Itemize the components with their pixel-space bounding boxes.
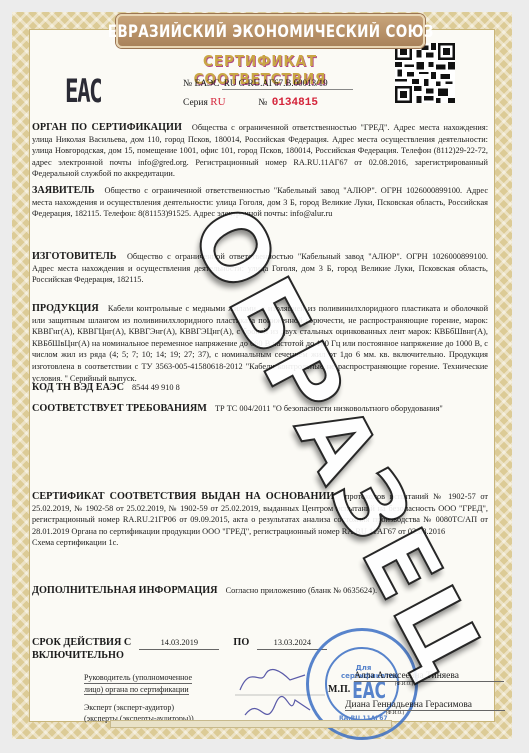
- certificate-number: № ЕАЭС RU C-RU.АГ67.В.00013/19: [183, 78, 353, 89]
- hs-code-value: 8544 49 910 8: [132, 383, 180, 392]
- hs-code-label: КОД ТН ВЭД ЕАЭС: [32, 382, 124, 393]
- requirements-text: ТР ТС 004/2011 "О безопасности низковоль…: [215, 404, 443, 413]
- series-label: Серия: [183, 98, 208, 108]
- certification-body-label: ОРГАН ПО СЕРТИФИКАЦИИ: [32, 122, 182, 133]
- applicant-section: ЗАЯВИТЕЛЬ Общество с ограниченной ответс…: [32, 185, 488, 220]
- product-section: ПРОДУКЦИЯ Кабели контрольные с медными ж…: [32, 303, 488, 384]
- union-banner-text: ЕВРАЗИЙСКИЙ ЭКОНОМИЧЕСКИЙ СОЮЗ: [108, 22, 434, 41]
- basis-section: СЕРТИФИКАТ СООТВЕТСТВИЯ ВЫДАН НА ОСНОВАН…: [32, 491, 488, 549]
- certification-body-section: ОРГАН ПО СЕРТИФИКАЦИИ Общества с огранич…: [32, 122, 488, 180]
- validity-to-date: 13.03.2024: [257, 637, 327, 650]
- head-label-line1: Руководитель (уполномоченное: [84, 672, 192, 684]
- manufacturer-section: ИЗГОТОВИТЕЛЬ Общество с ограниченной отв…: [32, 251, 488, 286]
- additional-info-text: Согласно приложению (бланк № 0635624).: [226, 586, 377, 595]
- certificate-number-value: RU C-RU.АГ67.В.00013/19: [222, 78, 353, 90]
- additional-info-label: ДОПОЛНИТЕЛЬНАЯ ИНФОРМАЦИЯ: [32, 585, 218, 596]
- applicant-label: ЗАЯВИТЕЛЬ: [32, 185, 95, 196]
- eac-logo-icon: ЕАС: [65, 72, 101, 110]
- validity-to-label: ПО: [233, 637, 249, 648]
- head-label-line2: лицо) органа по сертификации: [84, 685, 189, 695]
- applicant-text: Общество с ограниченной ответственностью…: [32, 186, 488, 218]
- series-value: RU: [210, 96, 225, 108]
- blank-number-value: 0134815: [272, 97, 318, 109]
- validity-from-date: 14.03.2019: [139, 637, 219, 650]
- head-name: Алла Алексеевна Тиняева: [354, 671, 504, 682]
- product-text: Кабели контрольные с медными жилами, с и…: [32, 304, 488, 383]
- hs-code-section: КОД ТН ВЭД ЕАЭС 8544 49 910 8: [32, 382, 488, 394]
- basis-label: СЕРТИФИКАТ СООТВЕТСТВИЯ ВЫДАН НА ОСНОВАН…: [32, 491, 334, 502]
- product-label: ПРОДУКЦИЯ: [32, 303, 99, 314]
- seal-label: М.П.: [328, 684, 350, 695]
- requirements-label: СООТВЕТСТВУЕТ ТРЕБОВАНИЯМ: [32, 403, 207, 414]
- additional-info-section: ДОПОЛНИТЕЛЬНАЯ ИНФОРМАЦИЯ Согласно прило…: [32, 585, 488, 597]
- expert-name-block: Диана Геннадьевна Герасимова (Ф.И.О.): [345, 700, 505, 716]
- validity-section: СРОК ДЕЙСТВИЯ С 14.03.2019 ПО 13.03.2024…: [32, 637, 488, 661]
- head-signature-label: Руководитель (уполномоченное лицо) орган…: [84, 672, 192, 695]
- expert-fio-caption: (Ф.И.О.): [345, 711, 445, 716]
- validity-from-label: СРОК ДЕЙСТВИЯ С: [32, 637, 131, 648]
- certification-scheme: Схема сертификации 1с.: [32, 537, 488, 549]
- expert-label-line1: Эксперт (эксперт-аудитор): [84, 702, 194, 713]
- requirements-section: СООТВЕТСТВУЕТ ТРЕБОВАНИЯМ ТР ТС 004/2011…: [32, 403, 488, 415]
- certificate-number-label: № ЕАЭС: [183, 79, 219, 89]
- qr-code-icon: [395, 43, 455, 103]
- series-line: Серия RU № 0134815: [183, 96, 318, 109]
- union-banner: ЕВРАЗИЙСКИЙ ЭКОНОМИЧЕСКИЙ СОЮЗ: [116, 14, 425, 48]
- head-name-block: Алла Алексеевна Тиняева (Ф.И.О.): [354, 671, 504, 687]
- head-fio-caption: (Ф.И.О.): [354, 682, 454, 687]
- expert-name: Диана Геннадьевна Герасимова: [345, 700, 505, 711]
- manufacturer-label: ИЗГОТОВИТЕЛЬ: [32, 251, 117, 262]
- printer-footer-strip: [110, 720, 392, 728]
- blank-number-label: №: [258, 98, 267, 108]
